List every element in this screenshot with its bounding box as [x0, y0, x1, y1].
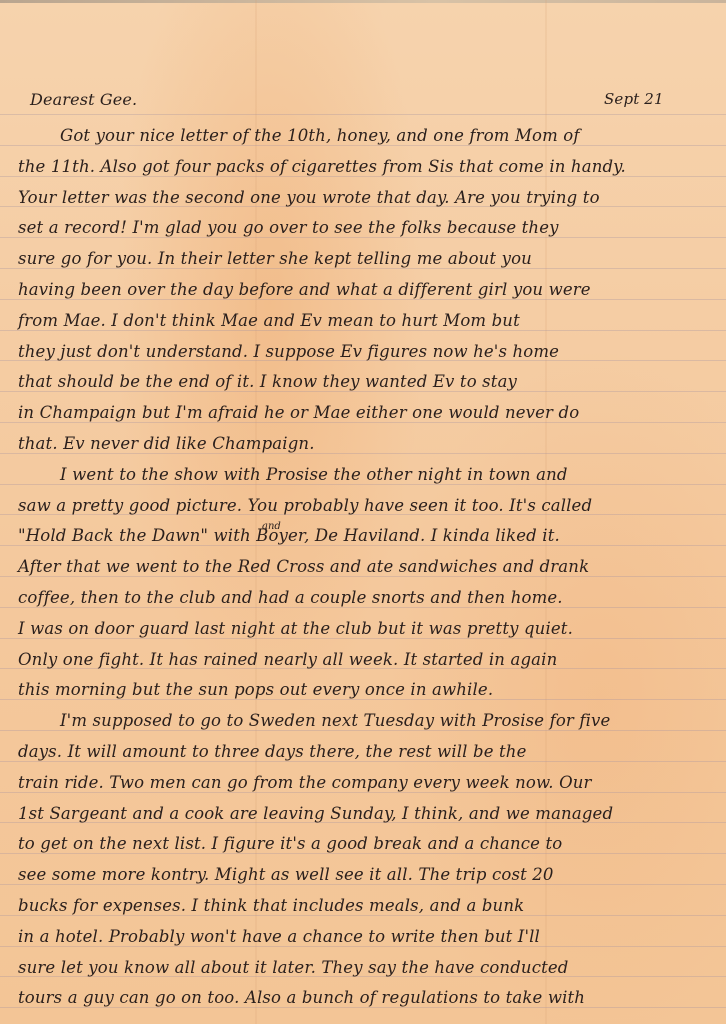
- letter-line: set a record! I'm glad you go over to se…: [18, 220, 559, 237]
- letter-page: Dearest Gee. Sept 21 Got your nice lette…: [0, 0, 726, 1024]
- letter-line: they just don't understand. I suppose Ev…: [18, 344, 559, 361]
- letter-line: I was on door guard last night at the cl…: [18, 621, 573, 638]
- letter-line: Got your nice letter of the 10th, honey,…: [60, 128, 580, 145]
- ruled-line: [0, 114, 726, 115]
- letter-line: this morning but the sun pops out every …: [18, 682, 493, 699]
- letter-line: coffee, then to the club and had a coupl…: [18, 590, 563, 607]
- letter-line: in a hotel. Probably won't have a chance…: [18, 929, 540, 946]
- letter-line: saw a pretty good picture. You probably …: [18, 498, 592, 515]
- ruled-line: [0, 730, 726, 731]
- letter-line: that. Ev never did like Champaign.: [18, 436, 315, 453]
- ruled-line: [0, 545, 726, 546]
- letter-line: days. It will amount to three days there…: [18, 744, 527, 761]
- letter-line: 1st Sargeant and a cook are leaving Sund…: [18, 806, 613, 823]
- letter-line: in Champaign but I'm afraid he or Mae ei…: [18, 405, 579, 422]
- paper-top-edge: [0, 0, 726, 3]
- ruled-line: [0, 391, 726, 392]
- letter-line: having been over the day before and what…: [18, 282, 591, 299]
- ruled-line: [0, 638, 726, 639]
- salutation: Dearest Gee.: [30, 92, 137, 108]
- letter-line: bucks for expenses. I think that include…: [18, 898, 524, 915]
- ruled-line: [0, 699, 726, 700]
- ruled-line: [0, 176, 726, 177]
- letter-line: "Hold Back the Dawn" with Boyer, De Havi…: [18, 528, 560, 545]
- ruled-line: [0, 853, 726, 854]
- ruled-line: [0, 576, 726, 577]
- letter-line: that should be the end of it. I know the…: [18, 374, 517, 391]
- ruled-line: [0, 299, 726, 300]
- ruled-line: [0, 884, 726, 885]
- letter-line: sure go for you. In their letter she kep…: [18, 251, 532, 268]
- letter-line: to get on the next list. I figure it's a…: [18, 836, 562, 853]
- letter-line: the 11th. Also got four packs of cigaret…: [18, 159, 626, 176]
- ruled-line: [0, 453, 726, 454]
- ruled-line: [0, 915, 726, 916]
- inserted-word: and: [262, 521, 281, 532]
- ruled-line: [0, 145, 726, 146]
- ruled-line: [0, 484, 726, 485]
- ruled-line: [0, 422, 726, 423]
- letter-line: Your letter was the second one you wrote…: [18, 190, 600, 207]
- ruled-line: [0, 946, 726, 947]
- ruled-line: [0, 1007, 726, 1008]
- letter-line: from Mae. I don't think Mae and Ev mean …: [18, 313, 520, 330]
- letter-line: tours a guy can go on too. Also a bunch …: [18, 990, 585, 1007]
- letter-line: I went to the show with Prosise the othe…: [60, 467, 568, 484]
- letter-line: sure let you know all about it later. Th…: [18, 960, 569, 977]
- letter-line: Only one fight. It has rained nearly all…: [18, 652, 557, 669]
- ruled-line: [0, 330, 726, 331]
- ruled-line: [0, 607, 726, 608]
- ruled-line: [0, 237, 726, 238]
- ruled-line: [0, 792, 726, 793]
- letter-date: Sept 21: [604, 92, 664, 107]
- ruled-line: [0, 761, 726, 762]
- letter-line: I'm supposed to go to Sweden next Tuesda…: [60, 713, 610, 730]
- ruled-line: [0, 268, 726, 269]
- letter-line: train ride. Two men can go from the comp…: [18, 775, 592, 792]
- letter-line: see some more kontry. Might as well see …: [18, 867, 554, 884]
- letter-line: After that we went to the Red Cross and …: [18, 559, 589, 576]
